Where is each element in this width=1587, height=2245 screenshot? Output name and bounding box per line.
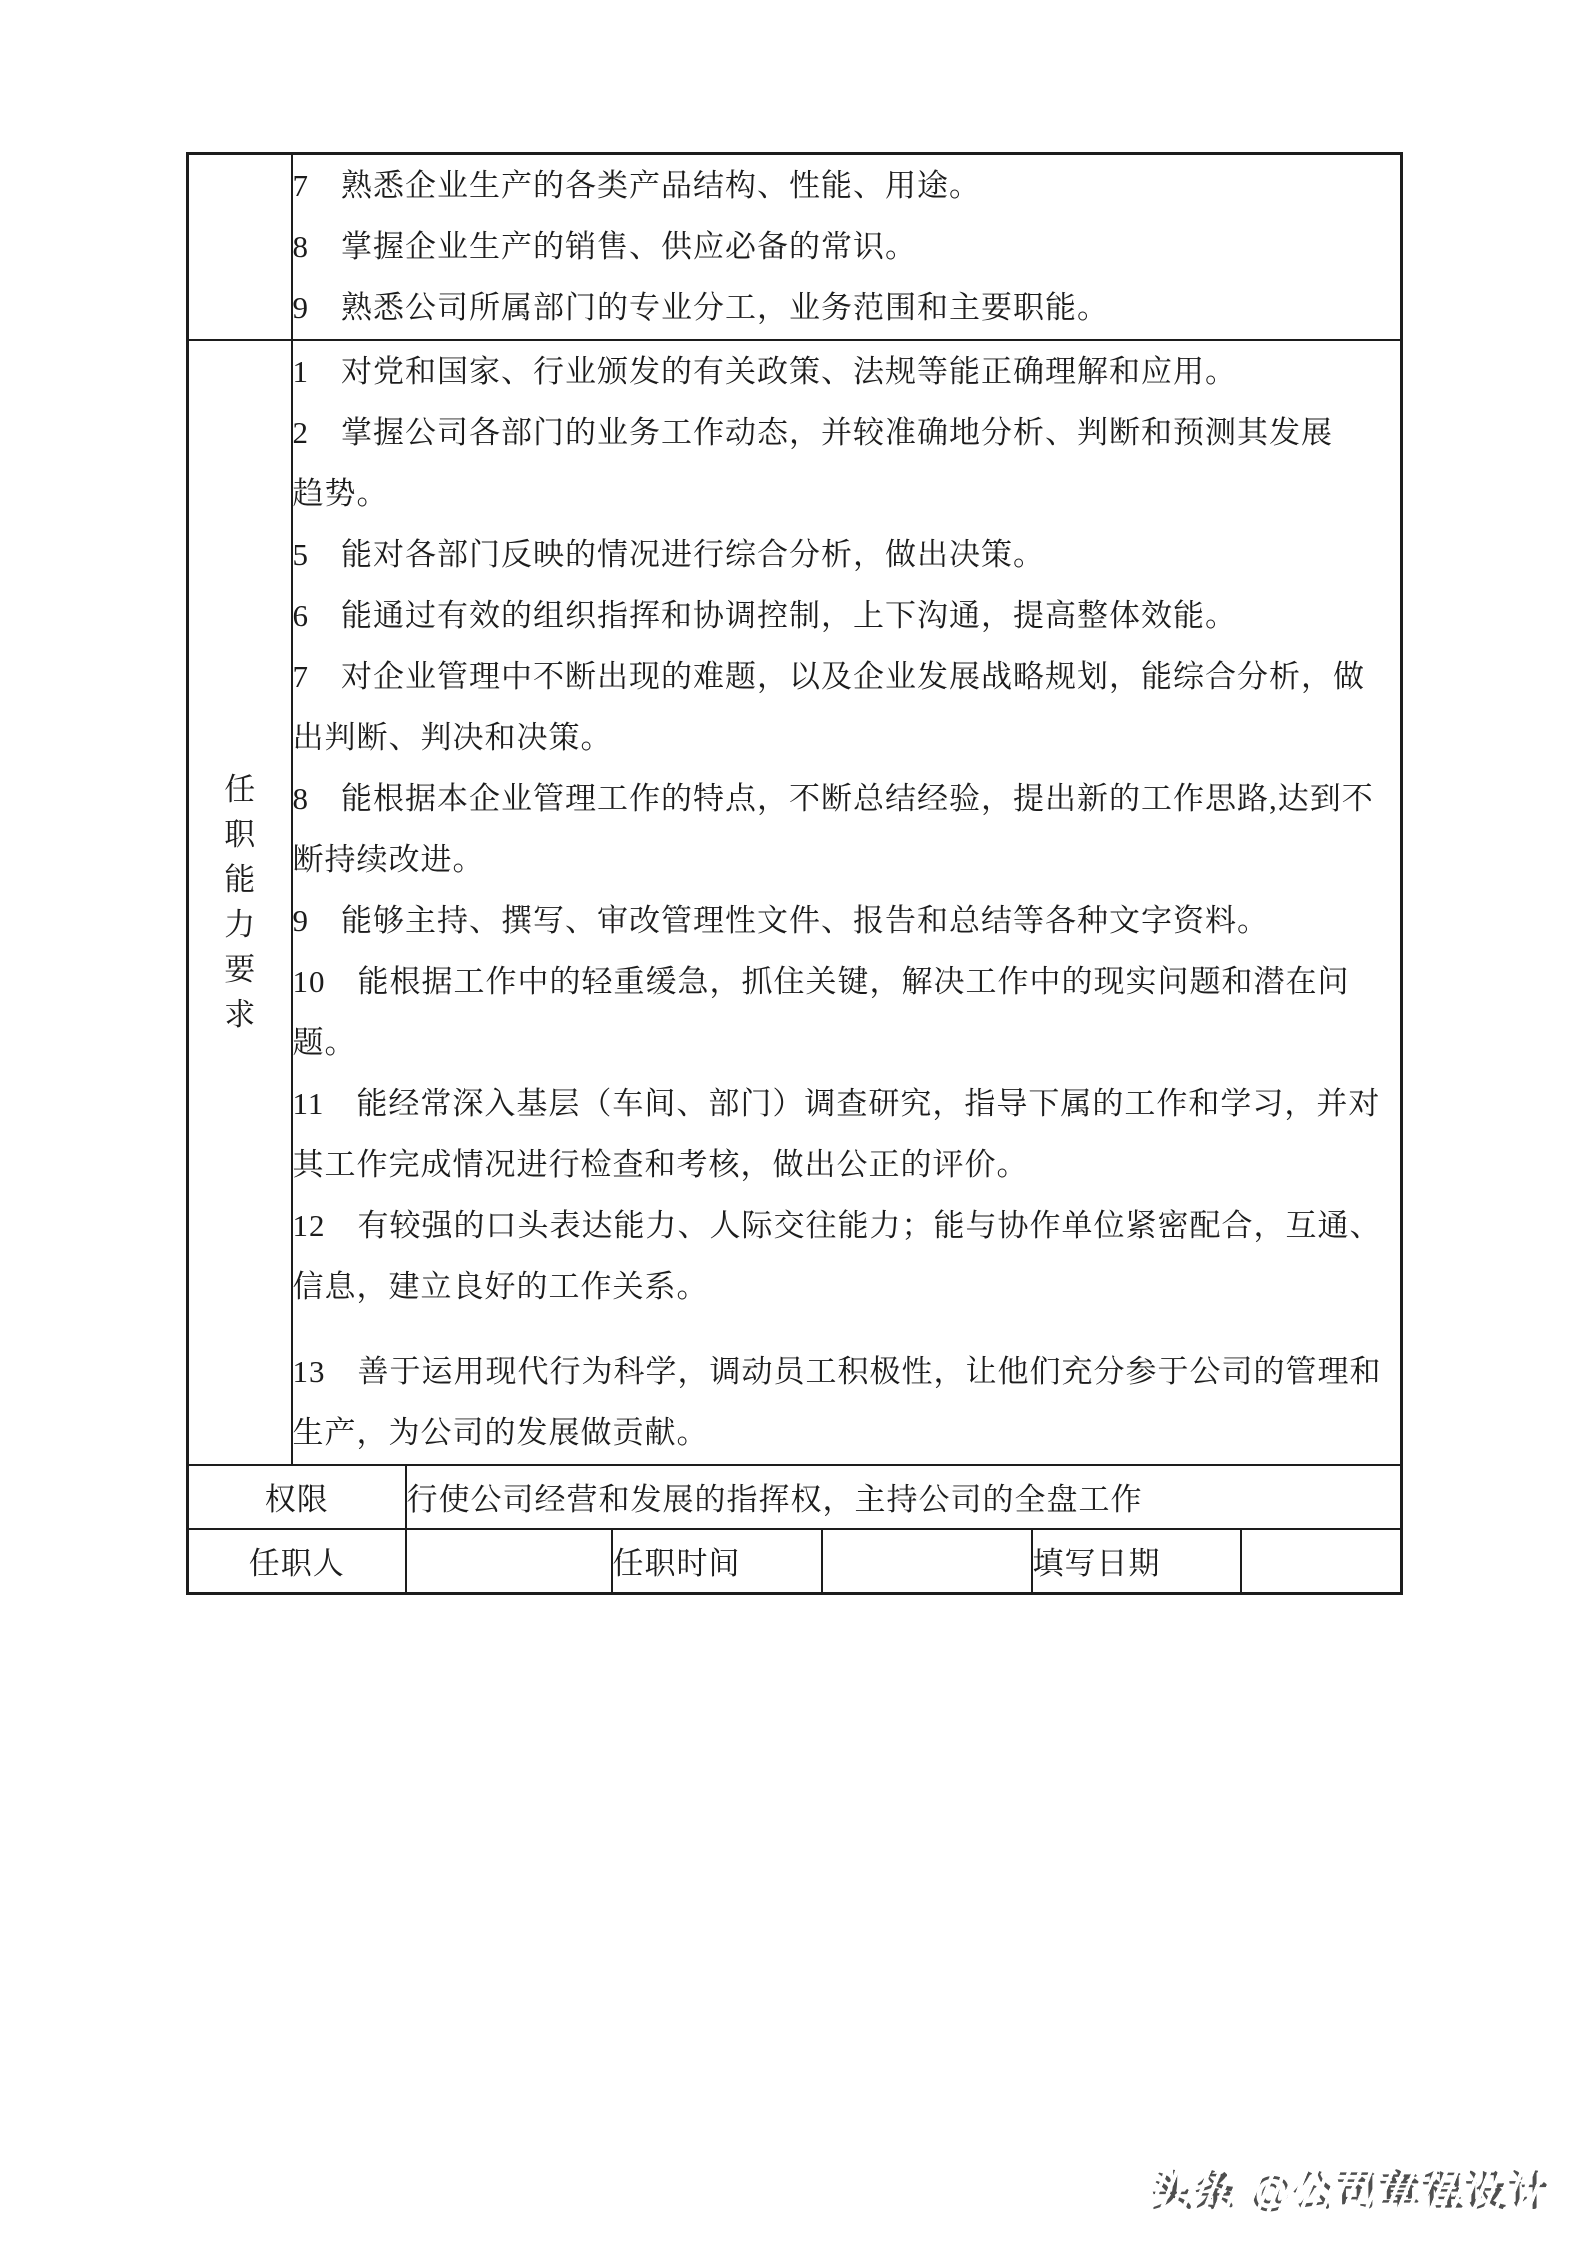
toutiao-watermark: 头条 @公司章程设计 bbox=[1152, 2158, 1551, 2217]
requirement-line: 7 熟悉企业生产的各类产品结构、性能、用途。 bbox=[293, 155, 1401, 216]
ability-label-char: 要 bbox=[189, 947, 291, 992]
requirement-line: 12 有较强的口头表达能力、人际交往能力；能与协作单位紧密配合，互通、 bbox=[293, 1195, 1401, 1256]
document-page: 7 熟悉企业生产的各类产品结构、性能、用途。 8 掌握企业生产的销售、供应必备的… bbox=[0, 0, 1587, 2245]
requirement-line: 13 善于运用现代行为科学，调动员工积极性，让他们充分参于公司的管理和 bbox=[293, 1341, 1401, 1402]
knowledge-requirements-row: 7 熟悉企业生产的各类产品结构、性能、用途。 8 掌握企业生产的销售、供应必备的… bbox=[188, 154, 1402, 340]
ability-label-char: 职 bbox=[189, 812, 291, 857]
holder-name-blank-cell bbox=[406, 1529, 612, 1594]
requirement-line: 生产，为公司的发展做贡献。 bbox=[293, 1402, 1401, 1463]
requirement-line: 断持续改进。 bbox=[293, 829, 1401, 890]
requirement-line: 7 对企业管理中不断出现的难题，以及企业发展战略规划，能综合分析，做 bbox=[293, 646, 1401, 707]
tenure-label: 任职时间 bbox=[612, 1529, 822, 1594]
ability-requirements-content: 1 对党和国家、行业颁发的有关政策、法规等能正确理解和应用。 2 掌握公司各部门… bbox=[292, 340, 1402, 1465]
authority-label: 权限 bbox=[188, 1465, 406, 1529]
requirement-line: 2 掌握公司各部门的业务工作动态，并较准确地分析、判断和预测其发展 bbox=[293, 402, 1401, 463]
requirement-line: 1 对党和国家、行业颁发的有关政策、法规等能正确理解和应用。 bbox=[293, 341, 1401, 402]
ability-label-char: 任 bbox=[189, 767, 291, 812]
authority-content: 行使公司经营和发展的指挥权，主持公司的全盘工作 bbox=[406, 1465, 1402, 1529]
ability-label-char: 求 bbox=[189, 992, 291, 1037]
ability-requirements-row: 任 职 能 力 要 求 1 对党和国家、行业颁发的有关政策、法规等能正确理解和应… bbox=[188, 340, 1402, 1465]
requirement-line: 题。 bbox=[293, 1012, 1401, 1073]
authority-row: 权限 行使公司经营和发展的指挥权，主持公司的全盘工作 bbox=[188, 1465, 1402, 1529]
tenure-blank-cell bbox=[822, 1529, 1032, 1594]
holder-label: 任职人 bbox=[188, 1529, 406, 1594]
requirement-line: 趋势。 bbox=[293, 463, 1401, 524]
requirement-line: 出判断、判决和决策。 bbox=[293, 707, 1401, 768]
requirement-line: 9 能够主持、撰写、审改管理性文件、报告和总结等各种文字资料。 bbox=[293, 890, 1401, 951]
knowledge-row-label-cell-empty bbox=[188, 154, 292, 340]
requirement-line: 8 掌握企业生产的销售、供应必备的常识。 bbox=[293, 216, 1401, 277]
requirement-line: 10 能根据工作中的轻重缓急，抓住关键，解决工作中的现实问题和潜在问 bbox=[293, 951, 1401, 1012]
requirement-line: 9 熟悉公司所属部门的专业分工，业务范围和主要职能。 bbox=[293, 277, 1401, 338]
requirement-line: 其工作完成情况进行检查和考核，做出公正的评价。 bbox=[293, 1134, 1401, 1195]
job-description-table: 7 熟悉企业生产的各类产品结构、性能、用途。 8 掌握企业生产的销售、供应必备的… bbox=[186, 152, 1403, 1595]
fill-date-label: 填写日期 bbox=[1032, 1529, 1241, 1594]
signature-row: 任职人 任职时间 填写日期 bbox=[188, 1529, 1402, 1594]
requirement-line: 5 能对各部门反映的情况进行综合分析，做出决策。 bbox=[293, 524, 1401, 585]
ability-row-label: 任 职 能 力 要 求 bbox=[188, 340, 292, 1465]
requirement-line: 8 能根据本企业管理工作的特点，不断总结经验，提出新的工作思路,达到不 bbox=[293, 768, 1401, 829]
fill-date-blank-cell bbox=[1241, 1529, 1402, 1594]
requirement-line: 11 能经常深入基层（车间、部门）调查研究，指导下属的工作和学习，并对 bbox=[293, 1073, 1401, 1134]
ability-label-char: 能 bbox=[189, 857, 291, 902]
requirement-line: 6 能通过有效的组织指挥和协调控制，上下沟通，提高整体效能。 bbox=[293, 585, 1401, 646]
ability-label-char: 力 bbox=[189, 902, 291, 947]
knowledge-requirements-content: 7 熟悉企业生产的各类产品结构、性能、用途。 8 掌握企业生产的销售、供应必备的… bbox=[292, 154, 1402, 340]
requirement-line: 信息，建立良好的工作关系。 bbox=[293, 1256, 1401, 1317]
